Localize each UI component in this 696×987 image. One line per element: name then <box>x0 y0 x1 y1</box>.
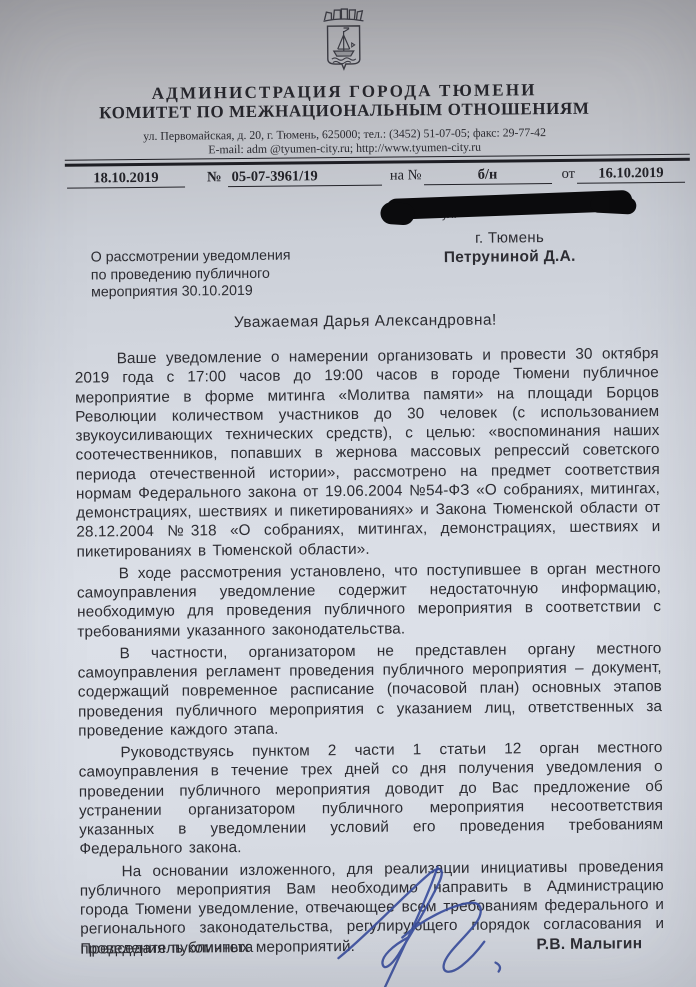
scanned-letter-photo: АДМИНИСТРАЦИЯ ГОРОДА ТЮМЕНИ КОМИТЕТ ПО М… <box>0 0 696 987</box>
handwritten-signature-icon <box>331 856 532 987</box>
body-paragraph: В частности, организатором не представле… <box>77 639 662 741</box>
subject-block: О рассмотрении уведомления по проведению… <box>91 247 331 302</box>
incoming-date: 16.10.2019 <box>577 165 685 184</box>
tyumen-coat-of-arms-icon <box>310 6 377 83</box>
letter-sheet: АДМИНИСТРАЦИЯ ГОРОДА ТЮМЕНИ КОМИТЕТ ПО М… <box>0 0 696 987</box>
salutation: Уважаемая Дарья Александровна! <box>74 310 656 334</box>
letterhead <box>0 3 692 91</box>
addressee-block: ул. г. Тюмень Петруниной Д.А. <box>383 193 636 267</box>
outgoing-number-label: № <box>207 169 222 186</box>
signer-name: Р.В. Малыгин <box>536 935 642 954</box>
incoming-number: б/н <box>423 166 551 185</box>
incoming-ref-label: на № <box>390 167 422 184</box>
outgoing-number: 05-07-3961/19 <box>227 168 381 187</box>
signer-title: Председатель комитета <box>80 939 253 958</box>
incoming-date-label: от <box>561 166 575 183</box>
body-paragraph: Руководствуясь пунктом 2 части 1 статьи … <box>78 738 663 859</box>
body-paragraph: Ваше уведомление о намерении организоват… <box>75 344 661 561</box>
reference-line: 18.10.2019 № 05-07-3961/19 на № б/н от 1… <box>67 165 685 189</box>
outgoing-date: 18.10.2019 <box>67 170 185 189</box>
body-paragraph: В ходе рассмотрения установлено, что пос… <box>77 559 662 642</box>
addressee-name: Петруниной Д.А. <box>384 247 636 267</box>
addressee-city: г. Тюмень <box>383 228 635 247</box>
